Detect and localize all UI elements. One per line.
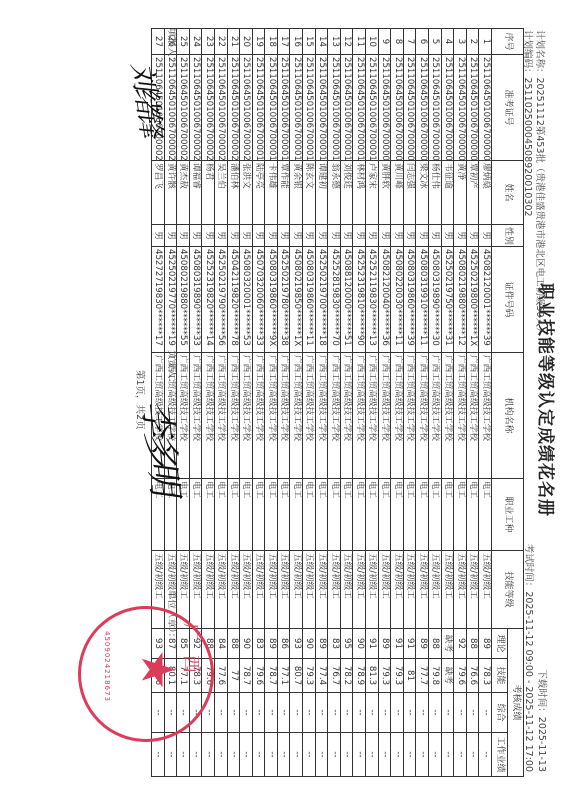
row-occupation: 电工	[378, 479, 391, 551]
row-ticket: 25110645010067000012	[340, 55, 353, 161]
row-occupation: 电工	[315, 479, 328, 551]
row-theory-score: 91	[403, 629, 416, 659]
row-skill-level: 五级/初级工	[240, 551, 253, 629]
row-work-performance: --	[303, 733, 316, 777]
table-row: 925110645010067000009黄胖软男45082120040****…	[378, 29, 391, 777]
row-id-number: 45272719830******17	[151, 247, 164, 353]
row-id-number: 45250219700******18	[315, 247, 328, 353]
row-gender: 男	[328, 225, 341, 247]
table-row: 625110645010067000006梁文冰男45080319910****…	[416, 29, 429, 777]
row-skill-score: 缺考	[441, 659, 454, 693]
row-seq: 16	[290, 29, 303, 55]
header-institution: 机构名称	[492, 353, 524, 479]
table-row: 1625110645010067000016黄余银男45080219850***…	[290, 29, 303, 777]
row-institution: 广西工贸高级技工学校	[353, 353, 366, 479]
row-skill-score: 79.8	[429, 659, 442, 693]
row-id-number: 45080320001******53	[240, 247, 253, 353]
row-id-number: 45070320060******33	[252, 247, 265, 353]
row-ticket: 25110645010067000003	[454, 55, 467, 161]
row-theory-score: 84	[214, 629, 227, 659]
row-skill-level: 五级/初级工	[214, 551, 227, 629]
row-skill-score: 77.1	[277, 659, 290, 693]
row-ticket: 25110645010067000023	[202, 55, 215, 161]
header-work-performance: 工作业绩	[492, 733, 508, 777]
filler-label: 填报人：	[166, 28, 177, 66]
row-theory-score: 88	[429, 629, 442, 659]
row-overall-score: --	[240, 693, 253, 733]
plan-code: 计划编码：25110250004508920010302	[522, 30, 536, 217]
row-seq: 11	[353, 29, 366, 55]
row-work-performance: --	[429, 733, 442, 777]
header-name: 姓名	[492, 161, 524, 225]
row-theory-score: 86	[277, 629, 290, 659]
row-seq: 21	[227, 29, 240, 55]
row-institution: 广西工贸高级技工学校	[378, 353, 391, 479]
row-gender: 男	[227, 225, 240, 247]
row-name: 陆亭亮	[252, 161, 265, 225]
row-ticket: 25110645010067000004	[441, 55, 454, 161]
row-occupation: 电工	[303, 479, 316, 551]
row-ticket: 25110645010067000020	[240, 55, 253, 161]
row-skill-level: 五级/初级工	[202, 551, 215, 629]
row-skill-score: 79.3	[391, 659, 404, 693]
row-skill-level: 五级/初级工	[391, 551, 404, 629]
row-work-performance: --	[240, 733, 253, 777]
row-name: 黄净	[454, 161, 467, 225]
header-overall: 综合	[492, 693, 508, 733]
row-work-performance: --	[416, 733, 429, 777]
row-work-performance: --	[214, 733, 227, 777]
row-seq: 12	[340, 29, 353, 55]
row-name: 翁永德	[328, 161, 341, 225]
header-seq: 序号	[492, 29, 524, 55]
row-gender: 男	[265, 225, 278, 247]
row-gender: 男	[366, 225, 379, 247]
row-skill-level: 五级/初级工	[466, 551, 479, 629]
table-row: 825110645010067000008黄川峰男45080220030****…	[391, 29, 404, 777]
header-skill: 技能	[492, 659, 508, 693]
row-gender: 男	[164, 225, 177, 247]
row-gender: 男	[303, 225, 316, 247]
row-name: 梁文冰	[416, 161, 429, 225]
row-work-performance: --	[466, 733, 479, 777]
row-theory-score: 92	[454, 629, 467, 659]
row-gender: 男	[416, 225, 429, 247]
row-ticket: 25110645010067000006	[416, 55, 429, 161]
official-seal: 广西 ★ 4509024218673	[78, 606, 214, 742]
row-skill-level: 五级/初级工	[277, 551, 290, 629]
row-overall-score: --	[227, 693, 240, 733]
exam-time-value: 2025-11-12 09:00 - 2025-11-12 17:00	[523, 591, 534, 772]
row-theory-score: 83	[328, 629, 341, 659]
row-gender: 男	[315, 225, 328, 247]
row-skill-level: 五级/初级工	[252, 551, 265, 629]
row-skill-score: 79.6	[252, 659, 265, 693]
row-name: 杨仕伟	[429, 161, 442, 225]
row-skill-level: 五级/初级工	[353, 551, 366, 629]
row-institution: 广西工贸高级技工学校	[189, 353, 202, 479]
row-skill-level: 五级/初级工	[303, 551, 316, 629]
row-theory-score: 89	[416, 629, 429, 659]
row-ticket: 25110645010067000011	[353, 55, 366, 161]
row-theory-score: 93	[290, 629, 303, 659]
row-name: 覃初产	[466, 161, 479, 225]
row-work-performance: --	[252, 733, 265, 777]
row-ticket: 25110645010067000007	[403, 55, 416, 161]
row-id-number: 45080319890******33	[189, 247, 202, 353]
row-skill-level: 五级/初级工	[265, 551, 278, 629]
row-skill-level: 五级/初级工	[328, 551, 341, 629]
row-skill-level: 五级/初级工	[403, 551, 416, 629]
row-id-number: 45252319820******14	[202, 247, 215, 353]
row-skill-level: 五级/初级工	[366, 551, 379, 629]
row-theory-score: 90	[240, 629, 253, 659]
row-skill-level: 五级/初级工	[454, 551, 467, 629]
row-overall-score: --	[252, 693, 265, 733]
row-id-number: 45080319860******11	[303, 247, 316, 353]
row-seq: 13	[328, 29, 341, 55]
row-id-number: 45252119830******13	[366, 247, 379, 353]
row-occupation: 电工	[416, 479, 429, 551]
row-occupation: 电工	[202, 479, 215, 551]
row-theory-score: 83	[252, 629, 265, 659]
row-work-performance: --	[290, 733, 303, 777]
row-seq: 18	[265, 29, 278, 55]
row-name: 罗昌飞	[151, 161, 164, 225]
page-number: 第1页，共2页	[134, 370, 148, 430]
row-occupation: 电工	[328, 479, 341, 551]
row-ticket: 25110645010067000005	[429, 55, 442, 161]
row-theory-score: 89	[479, 629, 492, 659]
row-overall-score: --	[315, 693, 328, 733]
row-work-performance: --	[479, 733, 492, 777]
row-seq: 27	[151, 29, 164, 55]
row-skill-level: 五级/初级工	[429, 551, 442, 629]
row-seq: 9	[378, 29, 391, 55]
row-seq: 1	[479, 29, 492, 55]
row-work-performance: --	[227, 733, 240, 777]
row-ticket: 25110645010067000019	[252, 55, 265, 161]
row-skill-level: 五级/初级工	[479, 551, 492, 629]
header-scores-group: 考核成绩	[508, 629, 524, 777]
row-institution: 广西工贸高级技工学校	[240, 353, 253, 479]
row-gender: 男	[441, 225, 454, 247]
row-name: 谭建初	[315, 161, 328, 225]
row-occupation: 电工	[265, 479, 278, 551]
row-overall-score: --	[378, 693, 391, 733]
row-seq: 4	[441, 29, 454, 55]
row-overall-score: --	[340, 693, 353, 733]
row-work-performance: --	[366, 733, 379, 777]
table-row: 1825110645010067000018卡伟雄男45080319860***…	[265, 29, 278, 777]
row-gender: 男	[479, 225, 492, 247]
plan-name: 计划名称：2025111​2第453批（贵港佳盛贵港市港北区电工初级50人）	[534, 30, 548, 337]
row-name: 闫志强	[403, 161, 416, 225]
row-name: 林材鸿	[353, 161, 366, 225]
row-overall-score: --	[429, 693, 442, 733]
row-theory-score: 缺考	[441, 629, 454, 659]
header-id-number: 证件号码	[492, 247, 524, 353]
row-gender: 男	[177, 225, 190, 247]
row-institution: 广西工贸高级技工学校	[265, 353, 278, 479]
row-overall-score: --	[265, 693, 278, 733]
row-overall-score: --	[303, 693, 316, 733]
row-name: 刘俊廷	[340, 161, 353, 225]
row-seq: 20	[240, 29, 253, 55]
table-row: 1325110645010067000013翁永德男45252819830***…	[328, 29, 341, 777]
row-occupation: 电工	[454, 479, 467, 551]
header-gender: 性别	[492, 225, 524, 247]
row-id-number: 45088120000******51	[340, 247, 353, 353]
row-skill-score: 78.7	[240, 659, 253, 693]
row-ticket: 25110645010067000025	[177, 55, 190, 161]
row-theory-score: 89	[315, 629, 328, 659]
row-id-number: 45080219850******1X	[290, 247, 303, 353]
row-skill-score: 77	[227, 659, 240, 693]
row-gender: 男	[391, 225, 404, 247]
row-id-number: 45250219780******38	[277, 247, 290, 353]
row-id-number: 45250219750******31	[441, 247, 454, 353]
row-institution: 广西工贸高级技工学校	[277, 353, 290, 479]
row-work-performance: --	[315, 733, 328, 777]
row-ticket: 25110645010067000022	[214, 55, 227, 161]
row-id-number: 45250219770******19	[164, 247, 177, 353]
row-id-number: 45080219880******12	[454, 247, 467, 353]
row-gender: 男	[252, 225, 265, 247]
row-skill-score: 78.9	[353, 659, 366, 693]
responsible-label: 负责人：	[166, 350, 177, 388]
row-skill-level: 五级/初级工	[315, 551, 328, 629]
row-id-number: 45042119820******78	[227, 247, 240, 353]
row-skill-level: 五级/初级工	[378, 551, 391, 629]
row-id-number: 45080319860******39	[403, 247, 416, 353]
row-seq: 23	[202, 29, 215, 55]
row-gender: 男	[466, 225, 479, 247]
row-overall-score: --	[328, 693, 341, 733]
row-name: 黄杰敖	[177, 161, 190, 225]
row-seq: 10	[366, 29, 379, 55]
row-skill-score: 76.7	[328, 659, 341, 693]
table-row: 2225110645010067000022吴兰伯男45250219790***…	[214, 29, 227, 777]
row-skill-level: 五级/初级工	[227, 551, 240, 629]
row-occupation: 电工	[177, 479, 190, 551]
row-name: 黄许骸	[164, 161, 177, 225]
exam-time: 考试时间：2025-11-12 09:00 - 2025-11-12 17:00	[523, 544, 537, 772]
table-row: 1025110645010067000010卢家宋男45252119830***…	[366, 29, 379, 777]
row-institution: 广西工贸高级技工学校	[454, 353, 467, 479]
row-id-number: 45080219880******55	[177, 247, 190, 353]
header-ticket: 准考证号	[492, 55, 524, 161]
row-seq: 3	[454, 29, 467, 55]
row-skill-score: 77.6	[214, 659, 227, 693]
row-name: 卢家宋	[366, 161, 379, 225]
row-overall-score: --	[454, 693, 467, 733]
table-row: 725110645010067000007闫志强男45080319860****…	[403, 29, 416, 777]
row-theory-score: 90	[353, 629, 366, 659]
row-gender: 男	[151, 225, 164, 247]
row-work-performance: --	[189, 733, 202, 777]
row-id-number: 45080319910******11	[416, 247, 429, 353]
row-occupation: 电工	[189, 479, 202, 551]
table-row: 2025110645010067000020张洪文男45080320001***…	[240, 29, 253, 777]
row-skill-score: 79.3	[378, 659, 391, 693]
row-institution: 广西工贸高级技工学校	[429, 353, 442, 479]
table-row: 125110645010067000001廖炳燊男45082120001****…	[479, 29, 492, 777]
row-institution: 广西工贸高级技工学校	[214, 353, 227, 479]
row-gender: 男	[214, 225, 227, 247]
row-gender: 男	[340, 225, 353, 247]
row-name: 卡伟雄	[265, 161, 278, 225]
row-work-performance: --	[340, 733, 353, 777]
row-ticket: 25110645010067000015	[303, 55, 316, 161]
filler-field: 填报人：	[166, 28, 180, 66]
row-seq: 8	[391, 29, 404, 55]
row-work-performance: --	[277, 733, 290, 777]
responsible-field: 负责人：	[166, 350, 180, 388]
row-theory-score: 88	[466, 629, 479, 659]
row-skill-level: 五级/初级工	[441, 551, 454, 629]
row-occupation: 电工	[214, 479, 227, 551]
table-row: 1725110645010067000017覃作能男45250219780***…	[277, 29, 290, 777]
row-theory-score: 89	[378, 629, 391, 659]
row-institution: 广西工贸高级技工学校	[391, 353, 404, 479]
row-gender: 男	[429, 225, 442, 247]
row-id-number: 45080319890******30	[429, 247, 442, 353]
row-overall-score: --	[353, 693, 366, 733]
row-overall-score: --	[391, 693, 404, 733]
row-overall-score: --	[277, 693, 290, 733]
row-work-performance: --	[391, 733, 404, 777]
row-theory-score: 91	[391, 629, 404, 659]
row-name: 廖炳燊	[479, 161, 492, 225]
row-occupation: 电工	[252, 479, 265, 551]
row-occupation: 电工	[290, 479, 303, 551]
row-skill-score: 77.7	[416, 659, 429, 693]
table-row: 1425110645010067000014谭建初男45250219700***…	[315, 29, 328, 777]
row-occupation: 电工	[240, 479, 253, 551]
row-skill-score: 79.3	[303, 659, 316, 693]
row-occupation: 电工	[391, 479, 404, 551]
row-skill-score: 80.7	[290, 659, 303, 693]
row-skill-score: 78.2	[340, 659, 353, 693]
row-skill-level: 五级/初级工	[189, 551, 202, 629]
row-institution: 广西工贸高级技工学校	[403, 353, 416, 479]
table-row: 1125110645010067000011林材鸿男45252319810***…	[353, 29, 366, 777]
row-institution: 广西工贸高级技工学校	[366, 353, 379, 479]
row-skill-level: 五级/初级工	[416, 551, 429, 629]
row-ticket: 25110645010067000013	[328, 55, 341, 161]
row-overall-score: --	[290, 693, 303, 733]
row-work-performance: --	[353, 733, 366, 777]
exam-time-label: 考试时间：	[523, 544, 534, 592]
row-gender: 男	[290, 225, 303, 247]
row-gender: 男	[403, 225, 416, 247]
row-name: 陈玄文	[303, 161, 316, 225]
row-gender: 男	[277, 225, 290, 247]
row-gender: 男	[189, 225, 202, 247]
download-time: 下载时间：2025-11-13	[536, 669, 550, 772]
document-page: 职业技能等级认定成绩花名册 计划名称：2025111​2第453批（贵港佳盛贵港…	[0, 0, 566, 800]
row-ticket: 25110645010067000018	[265, 55, 278, 161]
row-overall-score: --	[403, 693, 416, 733]
row-name: 覃作能	[277, 161, 290, 225]
row-gender: 男	[353, 225, 366, 247]
row-ticket: 25110645010067000017	[277, 55, 290, 161]
table-row: 425110645010067000004韦征逾男45250219750****…	[441, 29, 454, 777]
row-overall-score: --	[479, 693, 492, 733]
row-skill-score: 76.6	[466, 659, 479, 693]
seal-code: 4509024218673	[103, 631, 111, 702]
row-institution: 广西工贸高级技工学校	[466, 353, 479, 479]
row-institution: 广西工贸高级技工学校	[290, 353, 303, 479]
row-overall-score: --	[214, 693, 227, 733]
row-institution: 广西工贸高级技工学校	[328, 353, 341, 479]
row-gender: 男	[454, 225, 467, 247]
row-skill-score: 79.6	[454, 659, 467, 693]
row-name: 潘伯林	[227, 161, 240, 225]
row-occupation: 电工	[403, 479, 416, 551]
row-occupation: 电工	[227, 479, 240, 551]
row-seq: 22	[214, 29, 227, 55]
row-occupation: 电工	[429, 479, 442, 551]
row-gender: 男	[378, 225, 391, 247]
row-theory-score: 90	[303, 629, 316, 659]
row-seq: 15	[303, 29, 316, 55]
row-work-performance: --	[177, 733, 190, 777]
row-theory-score: 89	[265, 629, 278, 659]
row-overall-score: --	[366, 693, 379, 733]
row-id-number: 45250219800******1X	[466, 247, 479, 353]
row-seq: 17	[277, 29, 290, 55]
row-work-performance: --	[403, 733, 416, 777]
row-seq: 24	[189, 29, 202, 55]
row-ticket: 25110645010067000021	[227, 55, 240, 161]
table-row: 1525110645010067000015陈玄文男45080319860***…	[303, 29, 316, 777]
star-icon: ★	[135, 649, 181, 690]
row-institution: 广西工贸高级技工学校	[315, 353, 328, 479]
row-institution: 广西工贸高级技工学校	[252, 353, 265, 479]
row-skill-level: 五级/初级工	[340, 551, 353, 629]
row-id-number: 45082120001******39	[479, 247, 492, 353]
row-gender: 男	[240, 225, 253, 247]
download-time-label: 下载时间：	[536, 669, 547, 717]
row-overall-score: --	[416, 693, 429, 733]
table-row: 1925110645010067000019陆亭亮男45070320060***…	[252, 29, 265, 777]
row-id-number: 45250219790******56	[214, 247, 227, 353]
row-skill-score: 81	[403, 659, 416, 693]
header-occupation: 职业工种	[492, 479, 524, 551]
row-ticket: 25110645010067000010	[366, 55, 379, 161]
row-institution: 广西工贸高级技工学校	[227, 353, 240, 479]
row-seq: 7	[403, 29, 416, 55]
row-ticket: 25110645010067000001	[479, 55, 492, 161]
row-name: 黄胖软	[378, 161, 391, 225]
row-name: 吴兰伯	[214, 161, 227, 225]
row-institution: 广西工贸高级技工学校	[416, 353, 429, 479]
row-id-number: 45082120040******36	[378, 247, 391, 353]
row-overall-score: --	[441, 693, 454, 733]
row-occupation: 电工	[466, 479, 479, 551]
row-ticket: 25110645010067000009	[378, 55, 391, 161]
row-name: 杨君	[202, 161, 215, 225]
row-work-performance: --	[265, 733, 278, 777]
row-skill-score: 77.4	[315, 659, 328, 693]
row-id-number: 45080220030******11	[391, 247, 404, 353]
row-name: 黄川峰	[391, 161, 404, 225]
row-ticket: 25110645010067000014	[315, 55, 328, 161]
row-skill-score: 78.7	[265, 659, 278, 693]
row-name: 张洪文	[240, 161, 253, 225]
